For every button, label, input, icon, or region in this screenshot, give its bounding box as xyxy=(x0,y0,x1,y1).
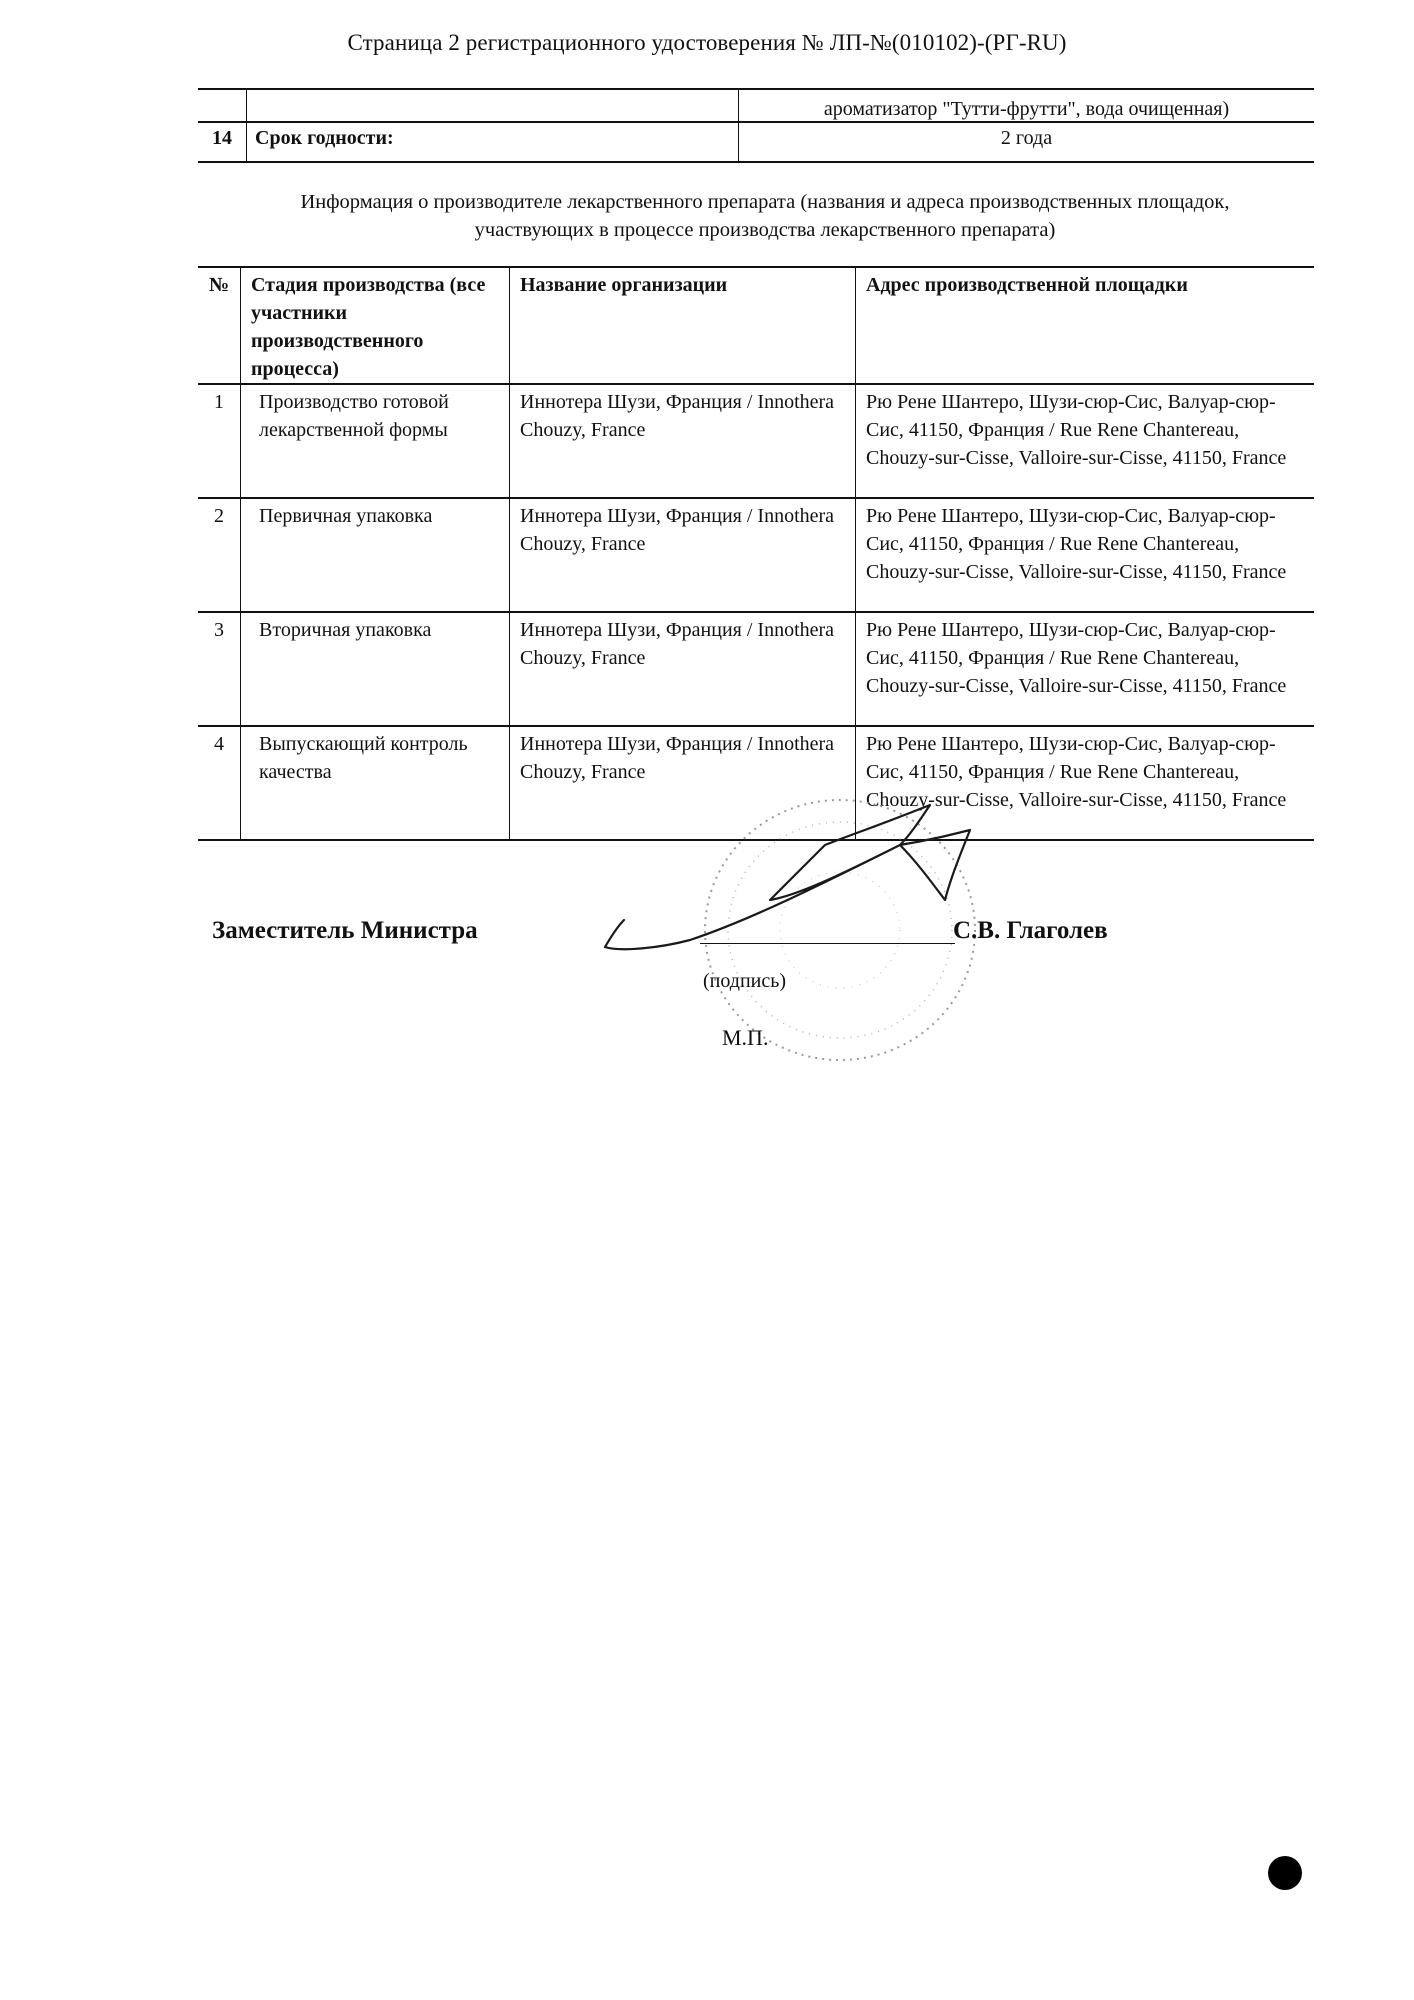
property-value: ароматизатор "Тутти-фрутти", вода очищен… xyxy=(739,89,1315,122)
signature-caption: (подпись) xyxy=(703,970,786,993)
cell-stage: Производство готовой лекарственной формы xyxy=(241,384,510,498)
caption-line: Информация о производителе лекарственног… xyxy=(210,188,1320,216)
table-row: ароматизатор "Тутти-фрутти", вода очищен… xyxy=(198,89,1314,122)
manufacturer-section-caption: Информация о производителе лекарственног… xyxy=(210,188,1320,244)
manufacturer-table: № Стадия производства (все участники про… xyxy=(198,266,1314,841)
signatory-name: С.В. Глаголев xyxy=(953,917,1108,945)
product-properties-table: ароматизатор "Тутти-фрутти", вода очищен… xyxy=(198,88,1314,163)
cell-address: Рю Рене Шантеро, Шузи-сюр-Сис, Валуар-сю… xyxy=(856,612,1315,726)
cell-stage: Вторичная упаковка xyxy=(241,612,510,726)
caption-line: участвующих в процессе производства лека… xyxy=(210,216,1320,244)
cell-organization: Иннотера Шузи, Франция / Innothera Chouz… xyxy=(510,384,856,498)
cell-organization: Иннотера Шузи, Франция / Innothera Chouz… xyxy=(510,612,856,726)
column-header-address: Адрес производственной площадки xyxy=(856,267,1315,384)
property-name: Срок годности: xyxy=(247,122,739,162)
signatory-role: Заместитель Министра xyxy=(212,917,478,945)
seal-label: М.П. xyxy=(722,1025,768,1051)
property-value: 2 года xyxy=(739,122,1315,162)
table-row: 3 Вторичная упаковка Иннотера Шузи, Фран… xyxy=(198,612,1314,726)
table-row: 1 Производство готовой лекарственной фор… xyxy=(198,384,1314,498)
cell-number: 2 xyxy=(198,498,241,612)
cell-stage: Выпускающий контроль качества xyxy=(241,726,510,840)
signature-line xyxy=(700,943,955,944)
property-name xyxy=(247,89,739,122)
cell-number: 1 xyxy=(198,384,241,498)
table-row: 2 Первичная упаковка Иннотера Шузи, Фран… xyxy=(198,498,1314,612)
page-header-title: Страница 2 регистрационного удостоверени… xyxy=(0,30,1414,56)
row-number: 14 xyxy=(198,122,247,162)
cell-address: Рю Рене Шантеро, Шузи-сюр-Сис, Валуар-сю… xyxy=(856,498,1315,612)
column-header-number: № xyxy=(198,267,241,384)
scan-mark-dot-icon xyxy=(1268,1856,1302,1890)
table-row: 14 Срок годности: 2 года xyxy=(198,122,1314,162)
table-header-row: № Стадия производства (все участники про… xyxy=(198,267,1314,384)
column-header-organization: Название организации xyxy=(510,267,856,384)
cell-number: 4 xyxy=(198,726,241,840)
cell-organization: Иннотера Шузи, Франция / Innothera Chouz… xyxy=(510,498,856,612)
row-number xyxy=(198,89,247,122)
cell-number: 3 xyxy=(198,612,241,726)
cell-address: Рю Рене Шантеро, Шузи-сюр-Сис, Валуар-сю… xyxy=(856,384,1315,498)
cell-stage: Первичная упаковка xyxy=(241,498,510,612)
column-header-stage: Стадия производства (все участники произ… xyxy=(241,267,510,384)
